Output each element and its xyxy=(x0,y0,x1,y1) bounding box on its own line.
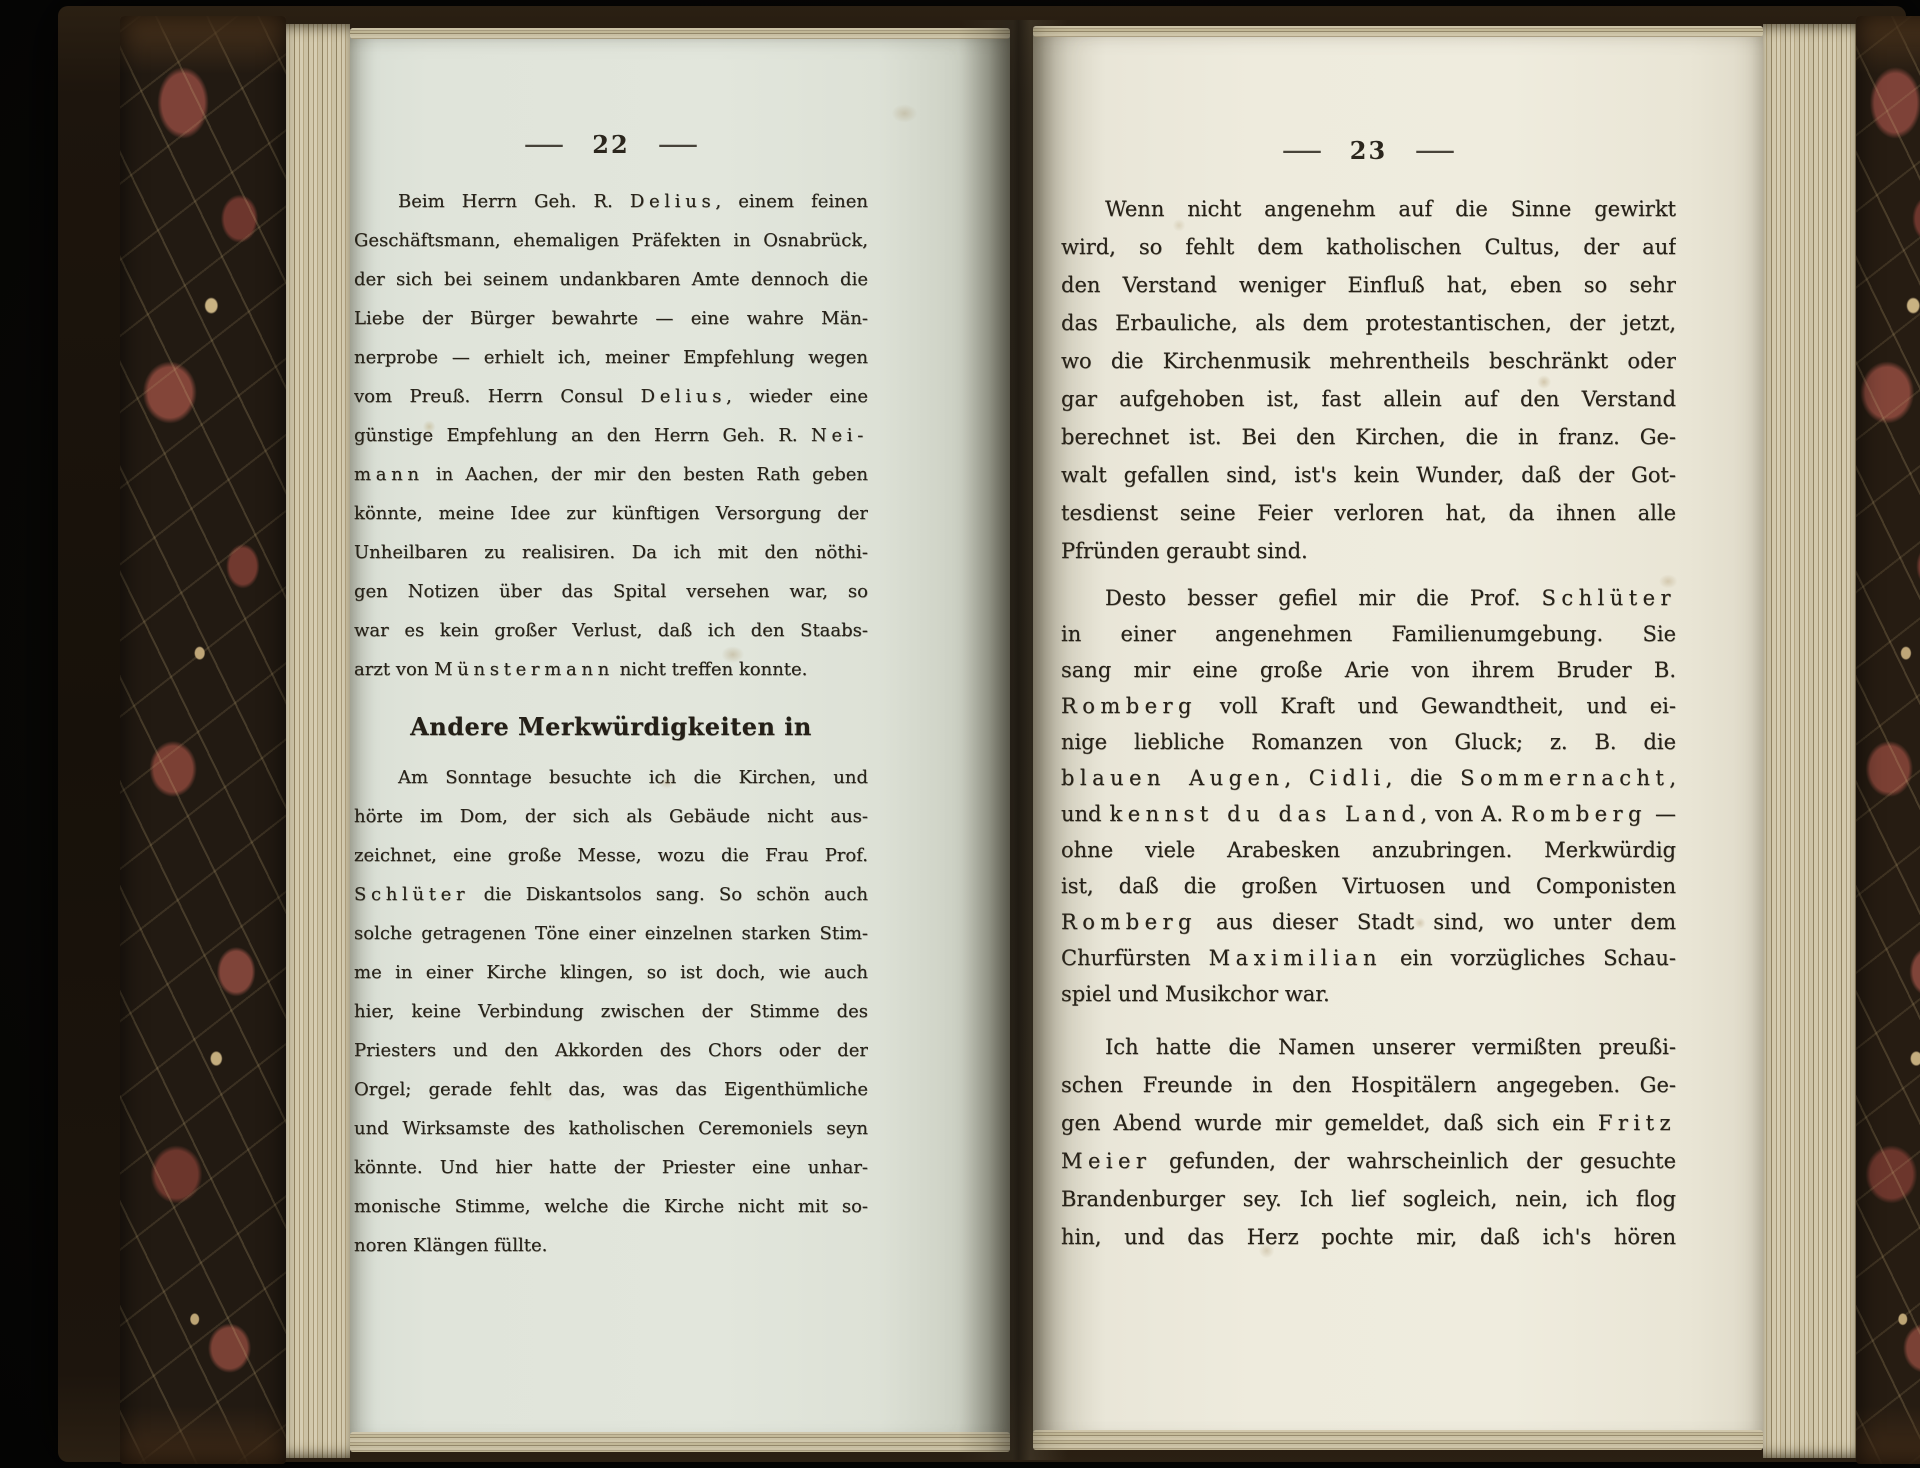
text-line: könnte. Und hier hatte der Priester eine… xyxy=(354,1148,868,1187)
paragraph: Am Sonntage besuchte ich die Kirchen, un… xyxy=(354,758,868,1265)
right-page-text: Wenn nicht angenehm auf die Sinne gewirk… xyxy=(1061,190,1676,1256)
text-line: gen Abend wurde mir gemeldet, daß sich e… xyxy=(1061,1104,1676,1142)
text-line: noren Klängen füllte. xyxy=(354,1226,868,1265)
text-line: sang mir eine große Arie von ihrem Brude… xyxy=(1061,652,1676,688)
text-line: berechnet ist. Bei den Kirchen, die in f… xyxy=(1061,418,1676,456)
paragraph: Wenn nicht angenehm auf die Sinne gewirk… xyxy=(1061,190,1676,570)
letterspaced-word: Schlüter xyxy=(354,884,469,905)
text-line: monische Stimme, welche die Kirche nicht… xyxy=(354,1187,868,1226)
text-line: und kennst du das Land, von A. Romberg — xyxy=(1061,796,1676,832)
book: — 22 — Beim Herrn Geh. R. Delius, einem … xyxy=(58,6,1906,1462)
text-line: nige liebliche Romanzen von Gluck; z. B.… xyxy=(1061,724,1676,760)
text-line: wo die Kirchenmusik mehrentheils beschrä… xyxy=(1061,342,1676,380)
text-line: Beim Herrn Geh. R. Delius, einem feinen xyxy=(354,182,868,221)
text-line: günstige Empfehlung an den Herrn Geh. R.… xyxy=(354,416,868,455)
letterspaced-word: Sommernacht xyxy=(1460,766,1669,790)
text-line: Romberg aus dieser Stadt sind, wo unter … xyxy=(1061,904,1676,940)
right-page-header: — 23 — xyxy=(1061,134,1676,166)
text-line: und Wirksamste des katholischen Ceremoni… xyxy=(354,1109,868,1148)
left-page-header: — 22 — xyxy=(354,128,868,160)
text-line: Ich hatte die Namen unserer vermißten pr… xyxy=(1061,1028,1676,1066)
letterspaced-word: Romberg xyxy=(1511,802,1647,826)
text-line: ist, daß die großen Virtuosen und Compon… xyxy=(1061,868,1676,904)
text-line: gen Notizen über das Spital versehen war… xyxy=(354,572,868,611)
page-number-dash: — xyxy=(1281,138,1323,162)
text-line: das Erbauliche, als dem protestantischen… xyxy=(1061,304,1676,342)
letterspaced-word: Schlüter xyxy=(1542,586,1677,610)
text-line: vom Preuß. Herrn Consul Delius, wieder e… xyxy=(354,377,868,416)
page-bottom-edge-stack xyxy=(1033,1430,1763,1450)
left-page: — 22 — Beim Herrn Geh. R. Delius, einem … xyxy=(350,28,1010,1452)
text-line: schen Freunde in den Hospitälern angegeb… xyxy=(1061,1066,1676,1104)
page-edges-left xyxy=(286,24,350,1458)
text-line: hörte im Dom, der sich als Gebäude nicht… xyxy=(354,797,868,836)
text-line: spiel und Musikchor war. xyxy=(1061,976,1676,1012)
text-line: walt gefallen sind, ist's kein Wunder, d… xyxy=(1061,456,1676,494)
paragraph: Beim Herrn Geh. R. Delius, einem feinenG… xyxy=(354,182,868,689)
text-line: der sich bei seinem undankbaren Amte den… xyxy=(354,260,868,299)
text-line: ohne viele Arabesken anzubringen. Merkwü… xyxy=(1061,832,1676,868)
text-line: Romberg voll Kraft und Gewandtheit, und … xyxy=(1061,688,1676,724)
text-line: Schlüter die Diskantsolos sang. So schön… xyxy=(354,875,868,914)
letterspaced-word: Maximilian xyxy=(1209,946,1382,970)
letterspaced-word: mann xyxy=(354,464,424,485)
text-line: Brandenburger sey. Ich lief sogleich, ne… xyxy=(1061,1180,1676,1218)
letterspaced-word: Münstermann xyxy=(434,659,614,680)
text-line: arzt von Münstermann nicht treffen konnt… xyxy=(354,650,868,689)
page-edges-right xyxy=(1763,24,1856,1458)
text-line: mann in Aachen, der mir den besten Rath … xyxy=(354,455,868,494)
paragraph: Ich hatte die Namen unserer vermißten pr… xyxy=(1061,1028,1676,1256)
text-line: Orgel; gerade fehlt das, was das Eigenth… xyxy=(354,1070,868,1109)
text-line: Meier gefunden, der wahrscheinlich der g… xyxy=(1061,1142,1676,1180)
letterspaced-word: Fritz xyxy=(1598,1111,1676,1135)
text-line: Wenn nicht angenehm auf die Sinne gewirk… xyxy=(1061,190,1676,228)
right-page: — 23 — Wenn nicht angenehm auf die Sinne… xyxy=(1033,26,1763,1450)
text-line: könnte, meine Idee zur künftigen Versorg… xyxy=(354,494,868,533)
text-line: Churfürsten Maximilian ein vorzügliches … xyxy=(1061,940,1676,976)
left-page-text: Beim Herrn Geh. R. Delius, einem feinenG… xyxy=(354,182,868,1265)
text-line: wird, so fehlt dem katholischen Cultus, … xyxy=(1061,228,1676,266)
text-line: hin, und das Herz pochte mir, daß ich's … xyxy=(1061,1218,1676,1256)
letterspaced-word: Meier xyxy=(1061,1149,1151,1173)
page-number-dash: — xyxy=(523,132,565,156)
left-page-body: — 22 — Beim Herrn Geh. R. Delius, einem … xyxy=(354,28,868,1452)
letterspaced-word: Delius xyxy=(641,386,727,407)
letterspaced-word: kennst du das Land xyxy=(1110,802,1421,826)
text-line: Unheilbaren zu realisiren. Da ich mit de… xyxy=(354,533,868,572)
section-heading: Andere Merkwürdigkeiten in Münster. xyxy=(354,704,868,750)
text-line: nerprobe — erhielt ich, meiner Empfehlun… xyxy=(354,338,868,377)
right-page-number: 23 xyxy=(1350,136,1387,165)
text-line: Am Sonntage besuchte ich die Kirchen, un… xyxy=(354,758,868,797)
letterspaced-word: Cidli xyxy=(1309,766,1386,790)
marbled-cover-right xyxy=(1856,16,1920,1464)
page-number-dash: — xyxy=(1414,138,1456,162)
text-line: Priesters und den Akkorden des Chors ode… xyxy=(354,1031,868,1070)
page-number-dash: — xyxy=(657,132,699,156)
text-line: Desto besser gefiel mir die Prof. Schlüt… xyxy=(1061,580,1676,616)
letterspaced-word: Delius xyxy=(630,191,716,212)
text-line: blauen Augen, Cidli, die Sommernacht, xyxy=(1061,760,1676,796)
left-page-number: 22 xyxy=(592,130,629,159)
letterspaced-word: Romberg xyxy=(1061,694,1197,718)
text-line: tesdienst seine Feier verloren hat, da i… xyxy=(1061,494,1676,532)
text-line: in einer angenehmen Familienumgebung. Si… xyxy=(1061,616,1676,652)
letterspaced-word: Romberg xyxy=(1061,910,1197,934)
right-page-body: — 23 — Wenn nicht angenehm auf die Sinne… xyxy=(1061,26,1676,1450)
text-line: solche getragenen Töne einer einzelnen s… xyxy=(354,914,868,953)
text-line: me in einer Kirche klingen, so ist doch,… xyxy=(354,953,868,992)
text-line: zeichnet, eine große Messe, wozu die Fra… xyxy=(354,836,868,875)
text-line: war es kein großer Verlust, daß ich den … xyxy=(354,611,868,650)
marbled-cover-left xyxy=(120,16,286,1464)
page-bottom-edge-stack xyxy=(350,1432,1010,1452)
text-line: Andere Merkwürdigkeiten in Münster. xyxy=(354,704,868,750)
paragraph: Desto besser gefiel mir die Prof. Schlüt… xyxy=(1061,580,1676,1012)
text-line: gar aufgehoben ist, fast allein auf den … xyxy=(1061,380,1676,418)
text-line: Pfründen geraubt sind. xyxy=(1061,532,1676,570)
text-line: Liebe der Bürger bewahrte — eine wahre M… xyxy=(354,299,868,338)
letterspaced-word: Nei- xyxy=(811,425,868,446)
text-line: Geschäftsmann, ehemaligen Präfekten in O… xyxy=(354,221,868,260)
text-line: den Verstand weniger Einfluß hat, eben s… xyxy=(1061,266,1676,304)
text-line: hier, keine Verbindung zwischen der Stim… xyxy=(354,992,868,1031)
letterspaced-word: blauen Augen xyxy=(1061,766,1284,790)
